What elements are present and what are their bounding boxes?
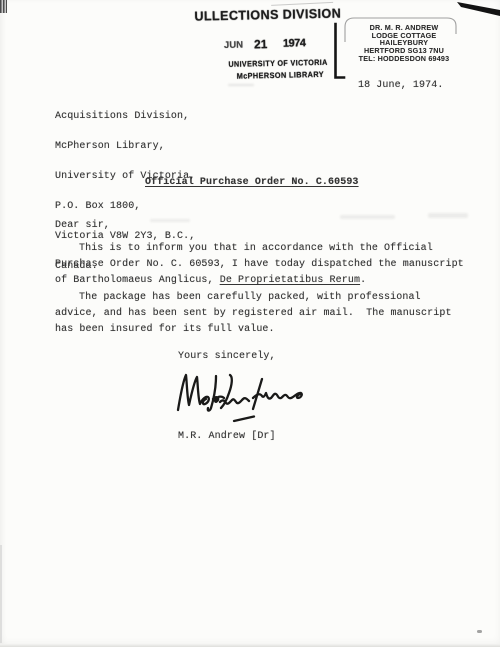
body-line: This is to inform you that in accordance… xyxy=(79,244,433,254)
corner-slash-mark xyxy=(457,2,500,16)
recipient-line: P.O. Box 1800, xyxy=(55,202,195,212)
stamp-date-month: JUN xyxy=(224,40,243,51)
recipient-line: McPherson Library, xyxy=(55,142,195,152)
scan-smudge xyxy=(340,215,395,219)
letter-date: 18 June, 1974. xyxy=(358,81,443,91)
stamp-library-text: McPHERSON LIBRARY xyxy=(237,70,325,81)
salutation: Dear sir, xyxy=(55,221,110,231)
handwritten-signature xyxy=(170,368,315,430)
body-line: The package has been carefully packed, w… xyxy=(79,293,421,303)
stamp-university-text: UNIVERSITY OF VICTORIA xyxy=(228,58,327,69)
recipient-line: Victoria V8W 2Y3, B.C., xyxy=(55,232,195,242)
subject-line: Official Purchase Order No. C.60593 xyxy=(145,178,359,188)
pen-bracket-mark xyxy=(336,24,345,78)
scan-edge-shading xyxy=(0,545,2,643)
body-line: Purchase Order No. C. 60593, I have toda… xyxy=(55,260,464,270)
signed-name: M.R. Andrew [Dr] xyxy=(178,432,276,442)
body-text: of Bartholomaeus Anglicus, xyxy=(55,275,220,286)
stamp-date-year: 1974 xyxy=(283,37,306,49)
signature-first-name-stroke xyxy=(178,375,249,411)
body-text: . xyxy=(360,275,366,286)
scan-smudge xyxy=(428,213,468,218)
body-line: of Bartholomaeus Anglicus, De Proprietat… xyxy=(55,276,366,286)
body-line: has been insured for its full value. xyxy=(55,325,275,335)
body-line: advice, and has been sent by registered … xyxy=(55,309,452,319)
sender-label-line: TEL: HODDESDON 69493 xyxy=(347,55,461,63)
signature-underline-dash xyxy=(234,417,254,422)
stamp-division-text: ULLECTIONS DIVISION xyxy=(194,6,341,24)
signature-last-name-stroke xyxy=(253,379,302,409)
scan-edge-artifact xyxy=(0,0,7,13)
recipient-line: Acquisitions Division, xyxy=(55,112,195,122)
stamp-date-day: 21 xyxy=(254,37,268,51)
manuscript-title: De Proprietatibus Rerum xyxy=(220,275,360,286)
scanned-letter-page: ULLECTIONS DIVISION JUN 21 1974 UNIVERSI… xyxy=(0,0,500,647)
scan-speck xyxy=(477,630,482,633)
sender-address-label: DR. M. R. ANDREW LODGE COTTAGE HAILEYBUR… xyxy=(347,24,461,63)
closing: Yours sincerely, xyxy=(178,352,276,362)
